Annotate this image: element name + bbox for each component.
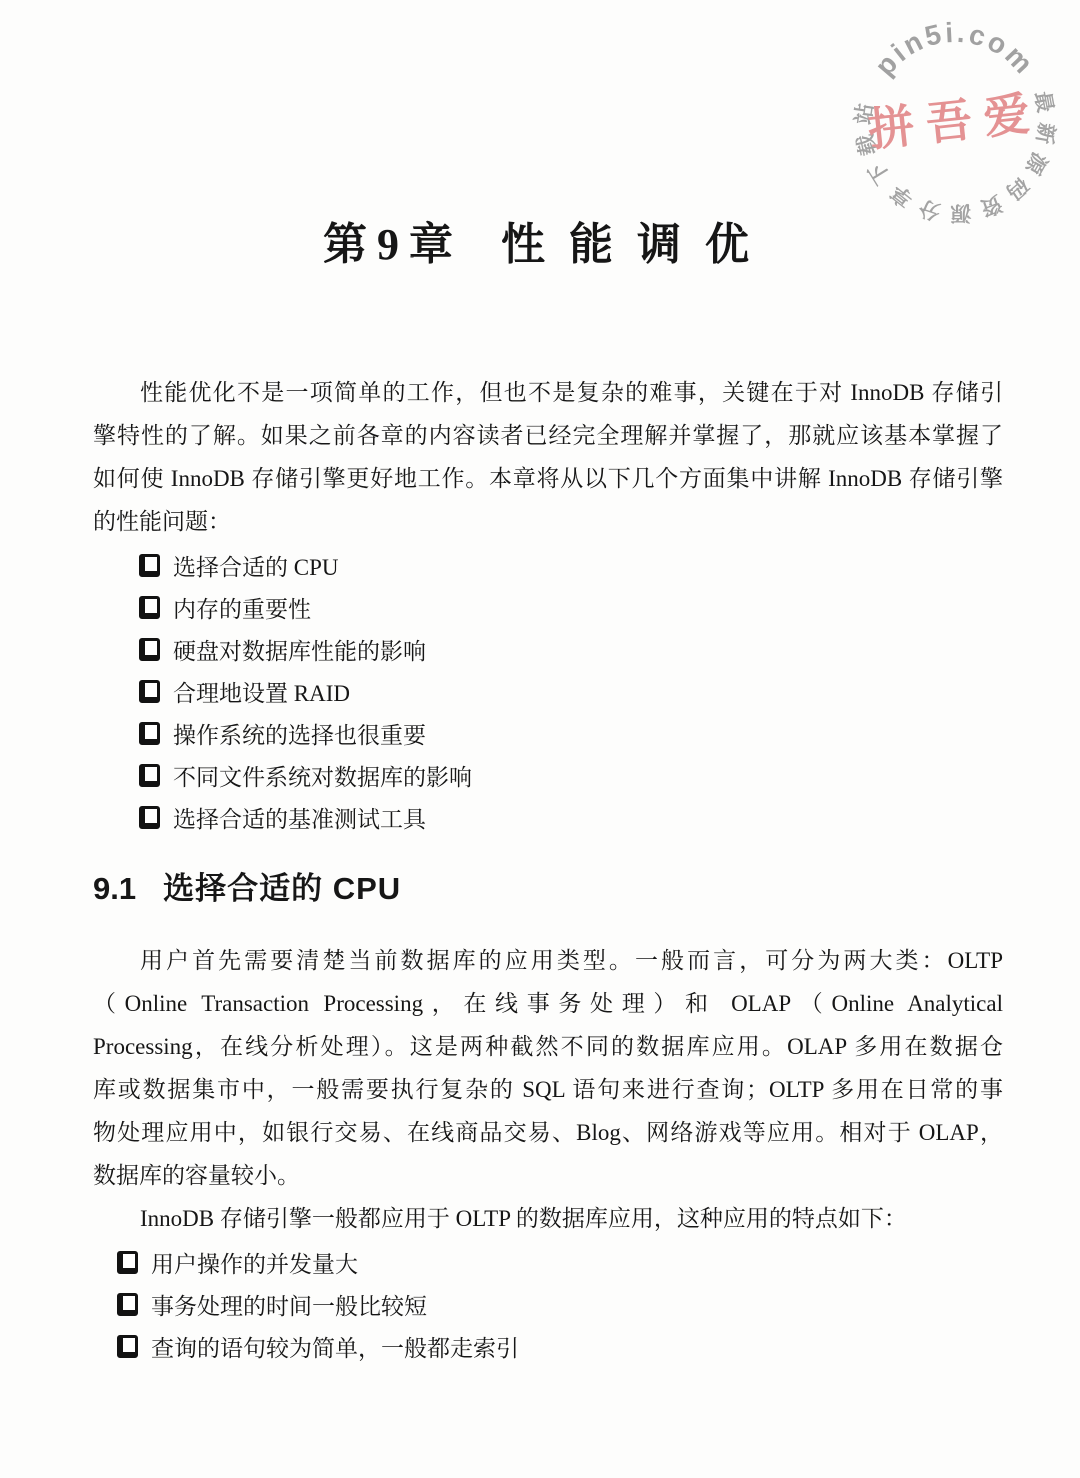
checkbox-bullet-icon xyxy=(139,638,160,661)
list-item: 用户操作的并发量大 xyxy=(93,1244,1003,1286)
checkbox-bullet-icon xyxy=(117,1251,138,1274)
oltp-intro-line: InnoDB 存储引擎一般都应用于 OLTP 的数据库应用，这种应用的特点如下： xyxy=(93,1197,1003,1240)
list-item-label: 内存的重要性 xyxy=(173,597,311,622)
list-item-label: 合理地设置 RAID xyxy=(173,681,350,706)
list-item-label: 用户操作的并发量大 xyxy=(151,1252,358,1277)
body-line: （Online Transaction Processing，在线事务处理）和 … xyxy=(93,982,1003,1025)
checkbox-bullet-icon xyxy=(139,806,160,829)
list-item: 操作系统的选择也很重要 xyxy=(93,715,1003,757)
chapter-number: 第9章 xyxy=(323,220,463,269)
list-item-label: 硬盘对数据库性能的影响 xyxy=(173,639,426,664)
oltp-traits-list: 用户操作的并发量大 事务处理的时间一般比较短 查询的语句较为简单，一般都走索引 xyxy=(93,1244,1003,1370)
intro-line: 的性能问题： xyxy=(93,500,1003,543)
checkbox-bullet-icon xyxy=(139,722,160,745)
list-item: 选择合适的 CPU xyxy=(93,547,1003,589)
checkbox-bullet-icon xyxy=(139,680,160,703)
section-body-paragraph: 用户首先需要清楚当前数据库的应用类型。一般而言，可分为两大类：OLTP （Onl… xyxy=(93,939,1003,1197)
body-line: 库或数据集市中，一般需要执行复杂的 SQL 语句来进行查询；OLTP 多用在日常… xyxy=(93,1068,1003,1111)
checkbox-bullet-icon xyxy=(117,1293,138,1316)
list-item: 内存的重要性 xyxy=(93,589,1003,631)
intro-paragraph: 性能优化不是一项简单的工作，但也不是复杂的难事，关键在于对 InnoDB 存储引… xyxy=(93,371,1003,543)
checkbox-bullet-icon xyxy=(117,1335,138,1358)
section-heading: 9.1选择合适的 CPU xyxy=(93,869,1003,909)
chapter-heading: 第9章性能调优 xyxy=(93,219,1003,271)
checkbox-bullet-icon xyxy=(139,554,160,577)
intro-line: 如何使 InnoDB 存储引擎更好地工作。本章将从以下几个方面集中讲解 Inno… xyxy=(93,457,1003,500)
list-item-label: 不同文件系统对数据库的影响 xyxy=(173,765,472,790)
list-item: 选择合适的基准测试工具 xyxy=(93,799,1003,841)
section-number: 9.1 xyxy=(93,871,136,906)
checkbox-bullet-icon xyxy=(139,764,160,787)
list-item: 事务处理的时间一般比较短 xyxy=(93,1286,1003,1328)
list-item-label: 查询的语句较为简单，一般都走索引 xyxy=(151,1336,519,1361)
book-page: 第9章性能调优 性能优化不是一项简单的工作，但也不是复杂的难事，关键在于对 In… xyxy=(0,0,1080,1370)
body-line: 用户首先需要清楚当前数据库的应用类型。一般而言，可分为两大类：OLTP xyxy=(93,939,1003,982)
section-title-text: 选择合适的 CPU xyxy=(163,871,401,906)
list-item-label: 事务处理的时间一般比较短 xyxy=(151,1294,427,1319)
list-item: 硬盘对数据库性能的影响 xyxy=(93,631,1003,673)
list-item: 合理地设置 RAID xyxy=(93,673,1003,715)
list-item-label: 选择合适的基准测试工具 xyxy=(173,807,426,832)
list-item-label: 选择合适的 CPU xyxy=(173,555,339,580)
body-line: Processing，在线分析处理）。这是两种截然不同的数据库应用。OLAP 多… xyxy=(93,1025,1003,1068)
body-line: 数据库的容量较小。 xyxy=(93,1154,1003,1197)
intro-line: 擎特性的了解。如果之前各章的内容读者已经完全理解并掌握了，那就应该基本掌握了 xyxy=(93,414,1003,457)
intro-line: 性能优化不是一项简单的工作，但也不是复杂的难事，关键在于对 InnoDB 存储引 xyxy=(93,371,1003,414)
chapter-title-text: 性能调优 xyxy=(501,220,773,269)
list-item: 查询的语句较为简单，一般都走索引 xyxy=(93,1328,1003,1370)
list-item: 不同文件系统对数据库的影响 xyxy=(93,757,1003,799)
chapter-topics-list: 选择合适的 CPU 内存的重要性 硬盘对数据库性能的影响 合理地设置 RAID … xyxy=(93,547,1003,841)
list-item-label: 操作系统的选择也很重要 xyxy=(173,723,426,748)
checkbox-bullet-icon xyxy=(139,596,160,619)
body-line: 物处理应用中，如银行交易、在线商品交易、Blog、网络游戏等应用。相对于 OLA… xyxy=(93,1111,1003,1154)
